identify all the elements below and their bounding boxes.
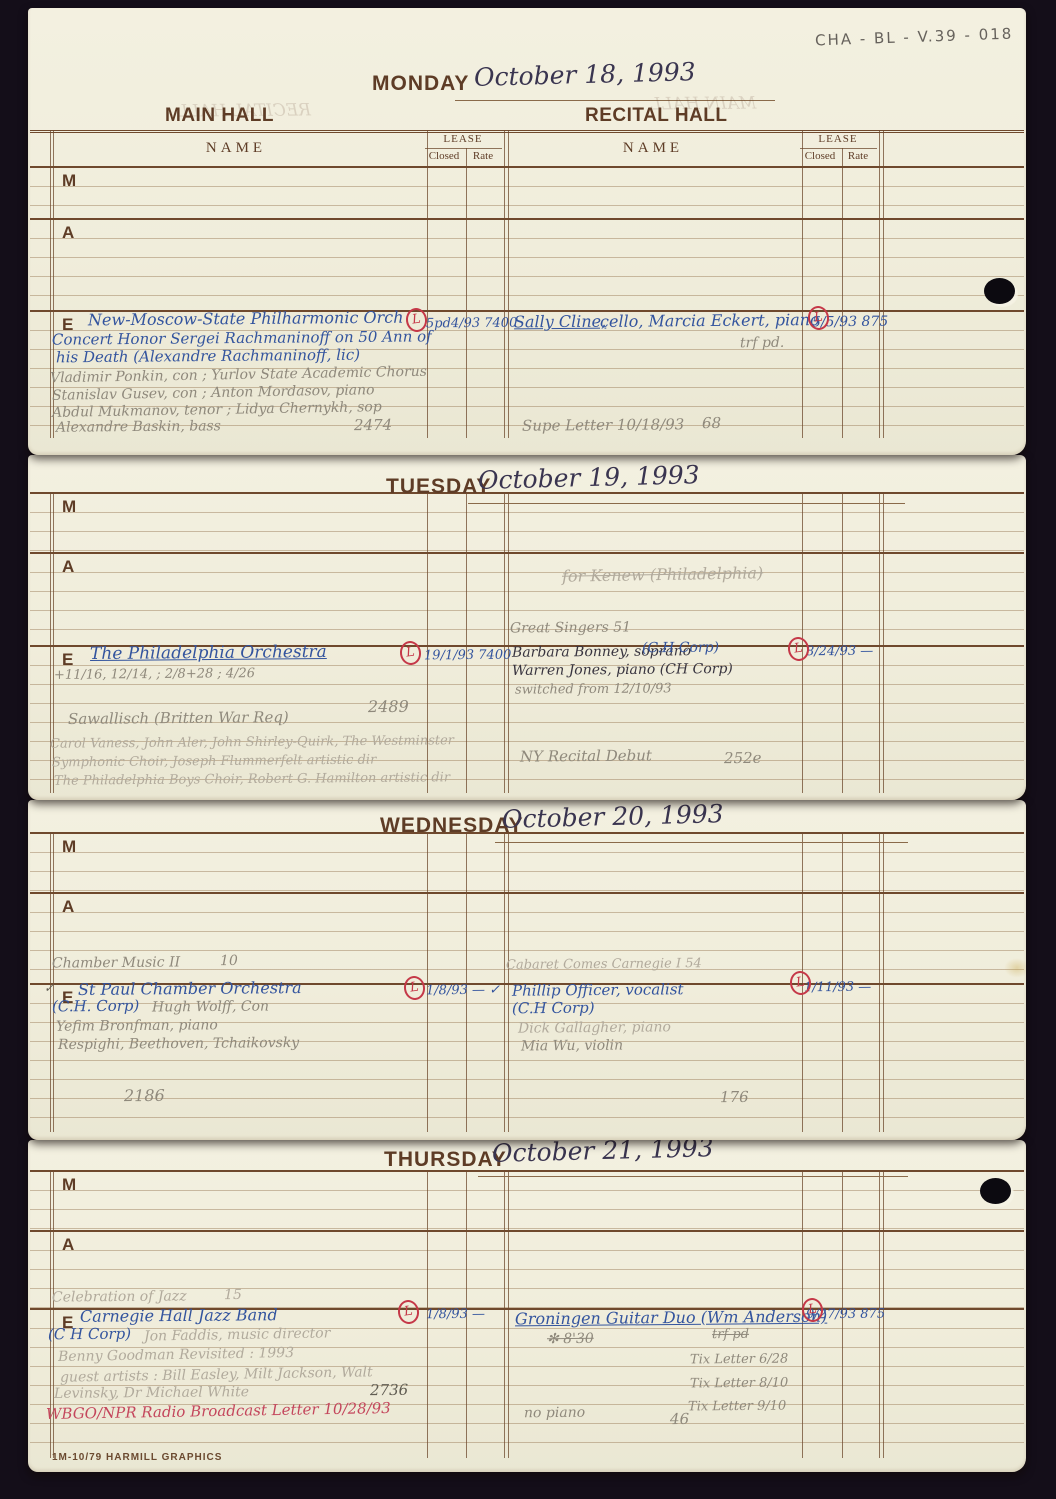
handwriting-entry: 2474 (354, 418, 392, 433)
handwriting-entry: 8/24/93 — (806, 645, 873, 659)
handwriting-entry: Carol Vaness, John Aler, John Shirley-Qu… (50, 734, 454, 751)
period-section-M (30, 166, 1024, 220)
name-column-header-main: NAME (206, 140, 266, 157)
lease-header-divider (800, 148, 877, 149)
handwriting-entry: 1/11/93 — (804, 981, 871, 995)
ledger-strip-wednesday: WEDNESDAY October 20, 1993 MAEChamber Mu… (28, 800, 1026, 1140)
handwriting-entry: switched from 12/10/93 (515, 682, 672, 696)
handwriting-entry: +11/16, 12/14, ; 2/8+28 ; 4/26 (54, 667, 255, 682)
ruled-line-vertical (883, 130, 884, 438)
period-section-M (30, 492, 1024, 554)
main-hall-label: MAIN HALL (165, 105, 274, 127)
period-label-A: A (62, 897, 74, 917)
lease-header-divider (425, 148, 502, 149)
header-section (30, 130, 1024, 169)
handwriting-entry: The Philadelphia Boys Choir, Robert G. H… (54, 771, 450, 787)
handwriting-entry: Sawallisch (Britten War Req) (68, 710, 289, 727)
handwriting-entry: 19/1/93 7400 (424, 649, 511, 663)
closed-header-recital: Closed (805, 150, 836, 162)
day-name: MONDAY (372, 72, 469, 95)
printer-footer: 1M-10/79 HARMILL GRAPHICS (52, 1452, 222, 1463)
period-section-M (30, 1170, 1024, 1232)
handwriting-entry: NY Recital Debut (520, 748, 652, 764)
handwriting-entry: Symphonic Choir, Joseph Flummerfelt arti… (52, 754, 376, 770)
handwriting-entry: 2489 (368, 699, 409, 715)
handwriting-entry: trf pd (712, 1328, 749, 1341)
handwriting-entry: his Death (Alexandre Rachmaninoff, lic) (56, 348, 360, 366)
period-label-M: M (62, 1175, 76, 1195)
handwriting-entry: Cabaret Comes Carnegie I 54 (506, 957, 702, 972)
day-title: TUESDAY (386, 475, 491, 499)
ruled-line-vertical (466, 492, 467, 793)
day-date-handwritten: October 18, 1993 (474, 57, 696, 92)
handwriting-entry: Concert Honor Sergei Rachmaninoff on 50 … (52, 329, 432, 347)
title-underline-rule (495, 842, 908, 843)
handwriting-entry: Alexandre Baskin, bass (56, 419, 221, 434)
handwriting-entry: ✻ 8'30 (547, 1332, 594, 1346)
handwriting-entry: Levinsky, Dr Michael White (54, 1385, 249, 1401)
lease-header-recital: LEASE (818, 133, 857, 145)
handwriting-entry: Tix Letter 8/10 (690, 1377, 788, 1391)
handwriting-entry: St Paul Chamber Orchestra (78, 980, 302, 998)
ruled-line-vertical (508, 130, 509, 438)
ruled-line-vertical (879, 832, 880, 1132)
handwriting-entry: Respighi, Beethoven, Tchaikovsky (58, 1036, 299, 1052)
handwriting-entry: Celebration of Jazz (52, 1289, 187, 1304)
day-date-handwritten: October 20, 1993 (502, 800, 724, 834)
period-section-A (30, 218, 1024, 312)
handwriting-entry: 2736 (370, 1383, 408, 1398)
rate-header-main: Rate (473, 150, 493, 162)
handwriting-entry: Sally Cline, (514, 314, 606, 331)
ruled-line-vertical (504, 130, 505, 438)
period-label-M: M (62, 497, 76, 517)
ruled-line-vertical (842, 492, 843, 793)
day-title: MONDAY (372, 72, 469, 96)
handwriting-entry: 252e (724, 751, 762, 766)
closed-header-main: Closed (429, 150, 460, 162)
period-label-A: A (62, 557, 74, 577)
handwriting-entry: Mia Wu, violin (521, 1039, 623, 1054)
handwriting-entry: Phillip Officer, vocalist (512, 982, 684, 998)
handwriting-entry: no piano (524, 1406, 585, 1421)
lease-header-main: LEASE (443, 133, 482, 145)
ruled-line-vertical (879, 130, 880, 438)
handwriting-entry: 15 (224, 1288, 242, 1302)
ruled-line-vertical (504, 1170, 505, 1458)
ruled-line-vertical (508, 832, 509, 1132)
period-label-M: M (62, 837, 76, 857)
handwriting-entry: Carnegie Hall Jazz Band (80, 1307, 278, 1325)
handwriting-entry: Jon Faddis, music director (144, 1326, 331, 1343)
day-name: THURSDAY (384, 1148, 507, 1171)
handwriting-entry: Chamber Music II (52, 955, 180, 970)
handwriting-entry: (C.H Corp) (512, 1001, 595, 1017)
handwriting-entry: Dick Gallagher, piano (518, 1020, 671, 1035)
ruled-line-vertical (842, 148, 843, 438)
day-date-handwritten: October 19, 1993 (478, 460, 700, 495)
rate-header-recital: Rate (848, 150, 868, 162)
day-name: TUESDAY (386, 475, 491, 498)
title-underline-rule (468, 503, 905, 504)
ruled-line-vertical (508, 492, 509, 793)
ruled-line-vertical (50, 130, 51, 438)
handwriting-entry: 2186 (124, 1088, 165, 1104)
handwriting-entry: Tix Letter 6/28 (690, 1353, 788, 1367)
ledger-strip-tuesday: TUESDAY October 19, 1993 MAEfor Kenew (P… (28, 455, 1026, 800)
handwriting-entry: 5pd4/93 7400 (426, 317, 517, 331)
ruled-line-vertical (504, 492, 505, 793)
ledger-strip-thursday: THURSDAY October 21, 1993 MAECelebration… (28, 1140, 1026, 1472)
ruled-line-vertical (879, 492, 880, 793)
handwriting-entry: 10 (220, 954, 238, 968)
punch-hole (984, 278, 1015, 304)
scanned-ledger-page: CHA - BL - V.39 - 018 MONDAY October 18,… (0, 0, 1056, 1499)
paper-stain (1004, 958, 1026, 978)
ruled-line-vertical (802, 130, 803, 438)
recital-hall-label: RECITAL HALL (585, 105, 728, 127)
handwriting-entry: for Kenew (Philadelphia) (562, 565, 763, 585)
handwriting-entry: Supe Letter 10/18/93 (522, 417, 684, 433)
title-underline-rule (478, 1176, 908, 1177)
handwriting-entry: 1/8/93 — (426, 1308, 485, 1322)
handwriting-entry: ✓ (44, 982, 54, 994)
handwriting-entry: trf pd. (740, 336, 784, 350)
period-label-M: M (62, 171, 76, 191)
handwriting-entry: (C.H Corp) (642, 641, 719, 656)
handwriting-entry: Tix Letter 9/10 (688, 1400, 786, 1414)
day-grid-tuesday: MAEfor Kenew (Philadelphia)Great Singers… (30, 455, 1024, 800)
period-label-A: A (62, 1235, 74, 1255)
day-title: THURSDAY (384, 1148, 507, 1172)
handwriting-entry: 176 (720, 1090, 749, 1105)
ruled-line-vertical (504, 832, 505, 1132)
ruled-line-vertical (883, 492, 884, 793)
handwriting-entry: Groningen Guitar Duo (Wm Anderson) (515, 1309, 827, 1328)
handwriting-entry: Great Singers 51 (510, 620, 631, 635)
ruled-line-vertical (883, 832, 884, 1132)
handwriting-entry: The Philadelphia Orchestra (90, 644, 327, 663)
name-column-header-recital: NAME (623, 140, 683, 157)
day-grid-thursday: MAECelebration of Jazz15Carnegie Hall Ja… (30, 1140, 1024, 1472)
ruled-line-vertical (427, 130, 428, 438)
period-label-A: A (62, 223, 74, 243)
handwriting-entry: (C.H. Corp) (52, 999, 139, 1015)
handwriting-entry: cello, Marcia Eckert, piano (600, 312, 820, 330)
punch-hole (980, 1178, 1011, 1204)
handwriting-entry: (C H Corp) (48, 1327, 131, 1343)
handwriting-entry: Warren Jones, piano (CH Corp) (512, 662, 733, 678)
handwriting-entry: New-Moscow-State Philharmonic Orch (88, 310, 404, 329)
handwriting-entry: 46 (670, 1412, 689, 1427)
ledger-strip-monday: CHA - BL - V.39 - 018 MONDAY October 18,… (28, 8, 1026, 455)
handwriting-entry: 68 (702, 416, 721, 431)
ruled-line-vertical (466, 148, 467, 438)
day-grid-wednesday: MAEChamber Music II10✓St Paul Chamber Or… (30, 800, 1024, 1140)
handwriting-entry: Yefim Bronfman, piano (56, 1018, 218, 1033)
handwriting-entry: 1/8/93 — ✓ (426, 984, 500, 998)
handwriting-entry: Hugh Wolff, Con (152, 999, 269, 1014)
handwriting-entry: Benny Goodman Revisited : 1993 (58, 1346, 294, 1364)
ruled-line-vertical (427, 832, 428, 1132)
ruled-line-vertical (508, 1170, 509, 1458)
